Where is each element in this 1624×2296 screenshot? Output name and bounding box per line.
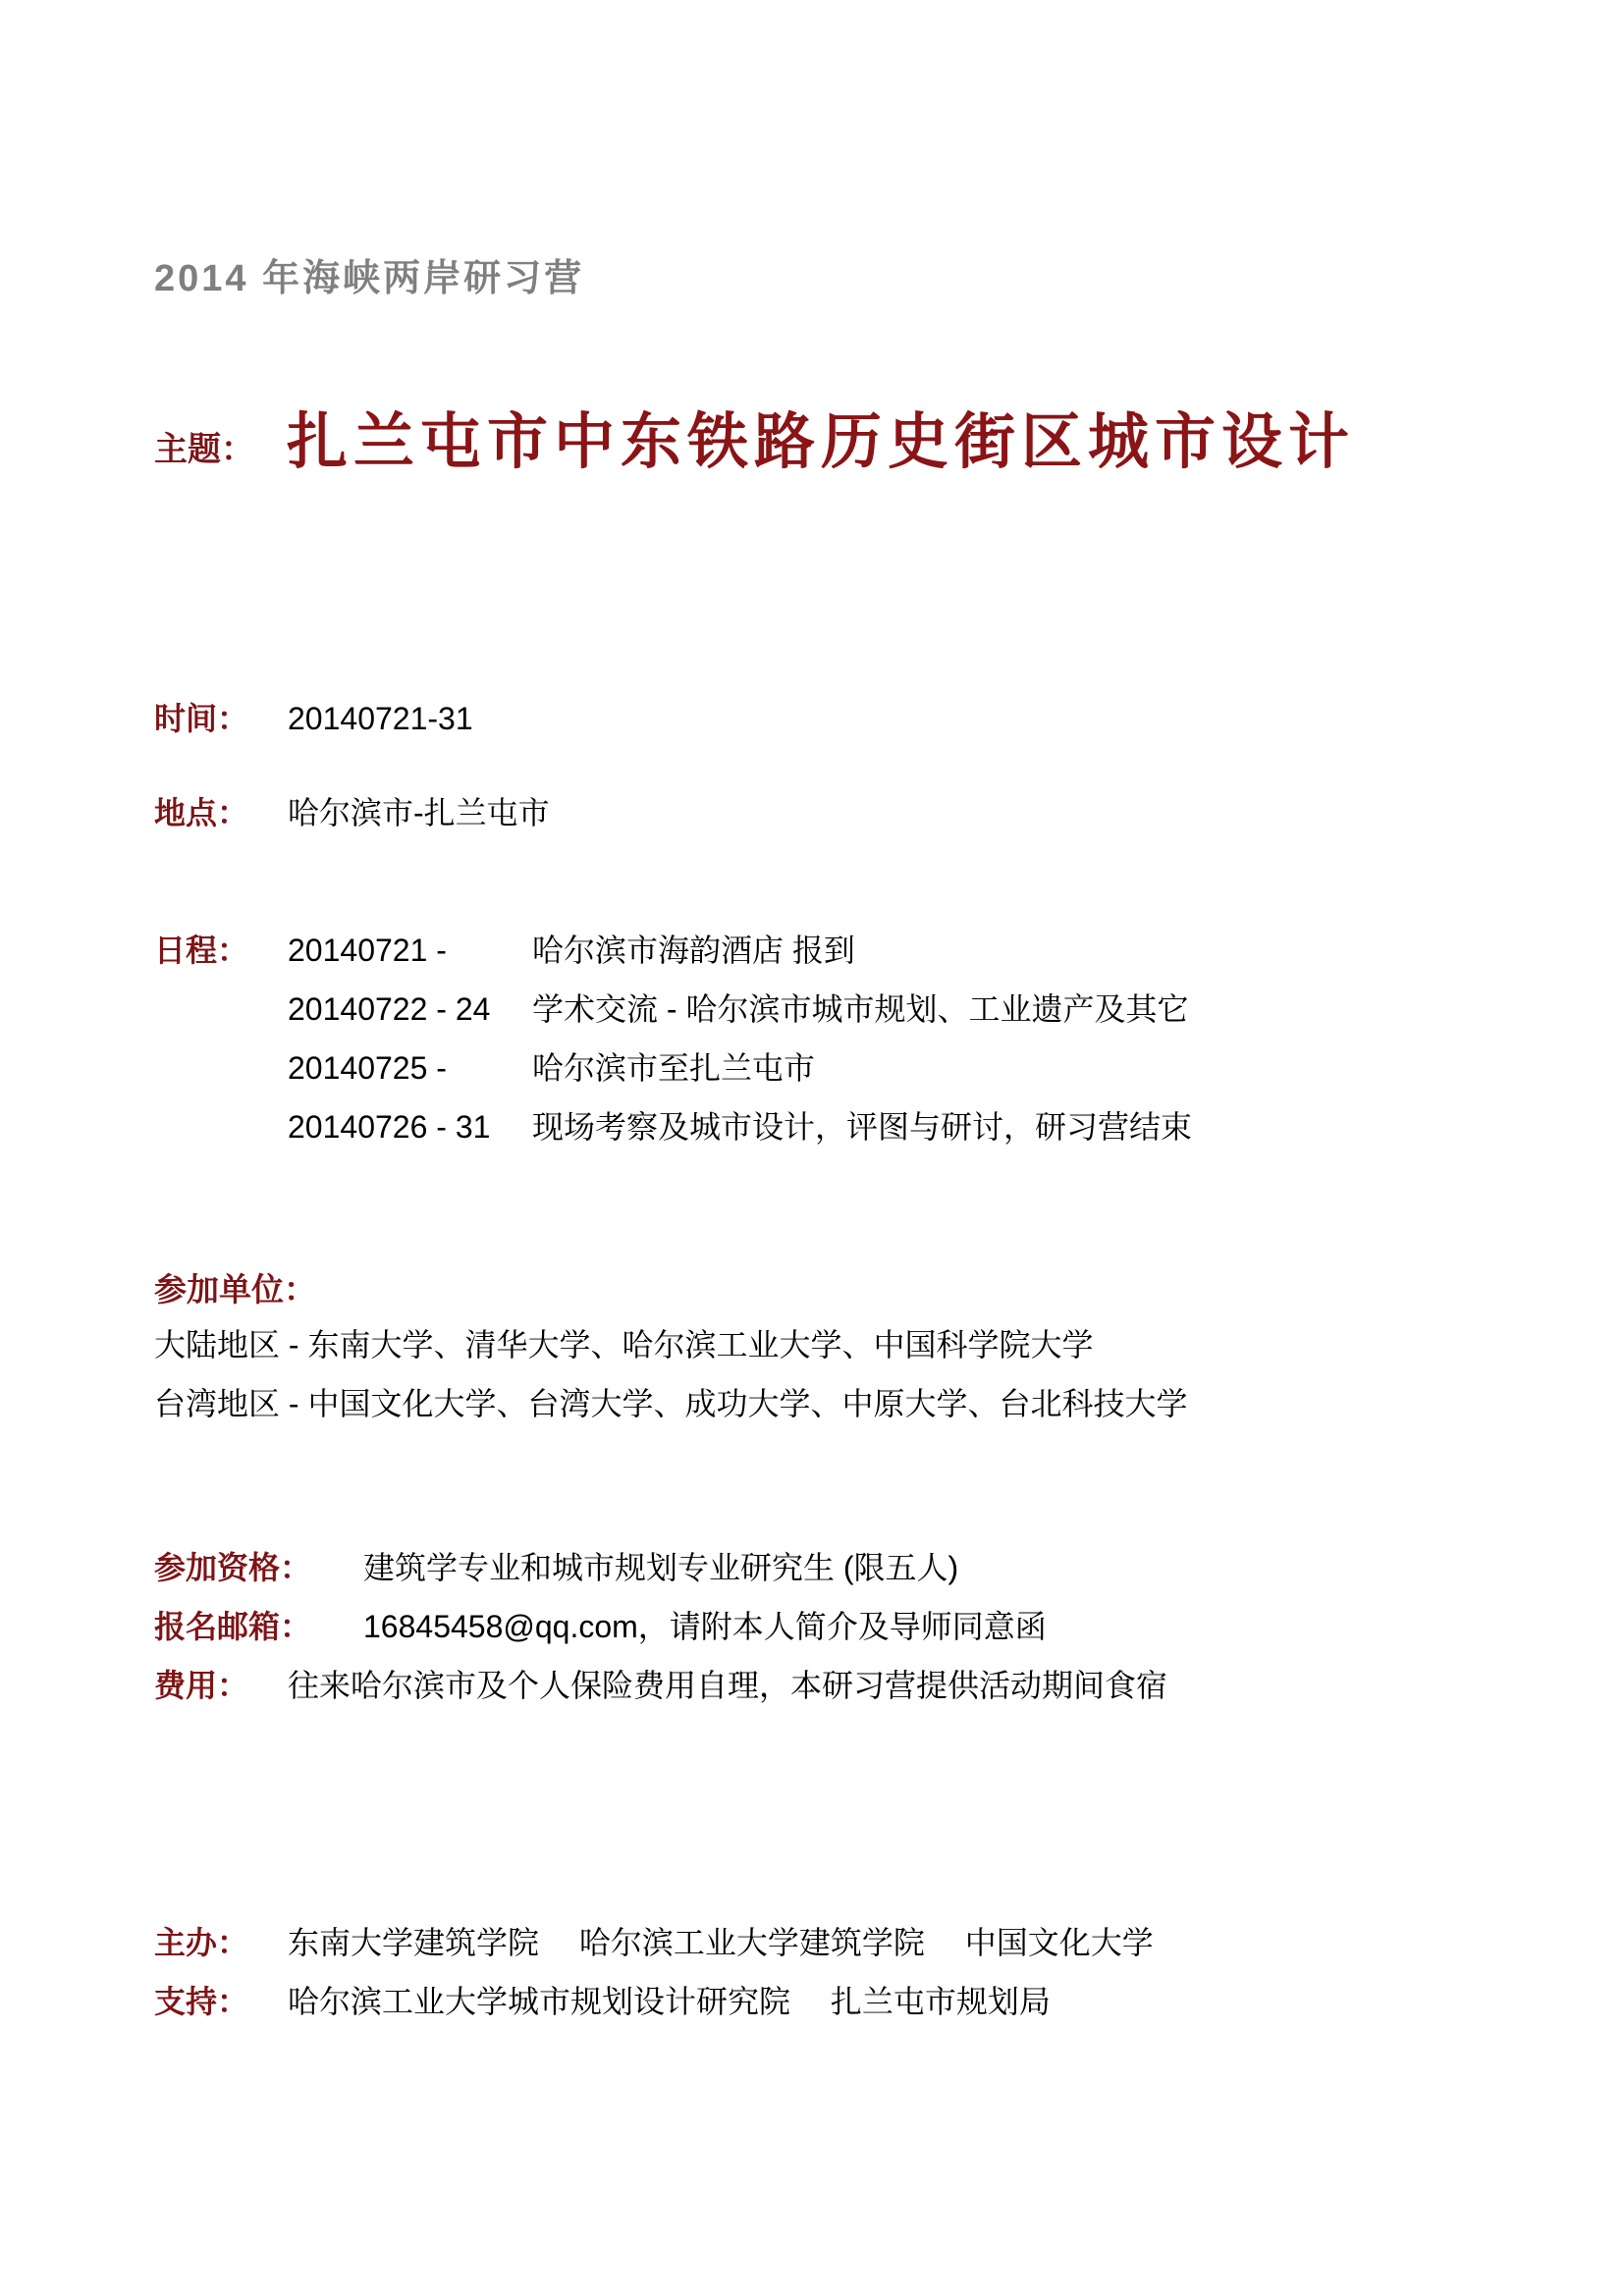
schedule-date: 20140721 - xyxy=(288,929,447,972)
eligibility-value: 建筑学专业和城市规划专业研究生 (限五人) xyxy=(363,1546,958,1589)
eligibility-row: 参加资格： 建筑学专业和城市规划专业研究生 (限五人) xyxy=(0,1546,1624,1595)
host-value: 东南大学建筑学院 哈尔滨工业大学建筑学院 中国文化大学 xyxy=(288,1921,1154,1964)
document-header: 2014 年海峡两岸研习营 xyxy=(154,247,584,301)
support-label: 支持： xyxy=(154,1980,248,2023)
schedule-date: 20140722 - 24 xyxy=(288,988,490,1031)
participants-line-taiwan: 台湾地区 - 中国文化大学、台湾大学、成功大学、中原大学、台北科技大学 xyxy=(154,1382,1187,1425)
participants-line-mainland: 大陆地区 - 东南大学、清华大学、哈尔滨工业大学、中国科学院大学 xyxy=(154,1323,1093,1366)
topic-row: 主题： 扎兰屯市中东铁路历史街区城市设计 xyxy=(0,393,1624,491)
time-label: 时间： xyxy=(154,697,248,740)
host-label: 主办： xyxy=(154,1921,248,1964)
email-label: 报名邮箱： xyxy=(154,1605,311,1648)
topic-label: 主题： xyxy=(154,422,254,470)
time-row: 时间： 20140721-31 xyxy=(0,697,1624,746)
schedule-desc: 现场考察及城市设计，评图与研讨，研习营结束 xyxy=(532,1105,1192,1148)
schedule-desc: 哈尔滨市至扎兰屯市 xyxy=(532,1046,815,1090)
support-row: 支持： 哈尔滨工业大学城市规划设计研究院 扎兰屯市规划局 xyxy=(0,1980,1624,2029)
schedule-row: 20140726 - 31 现场考察及城市设计，评图与研讨，研习营结束 xyxy=(0,1105,1624,1154)
support-value: 哈尔滨工业大学城市规划设计研究院 扎兰屯市规划局 xyxy=(288,1980,1051,2023)
eligibility-label: 参加资格： xyxy=(154,1546,311,1589)
email-value: 16845458@qq.com，请附本人简介及导师同意函 xyxy=(363,1605,1047,1648)
place-value: 哈尔滨市-扎兰屯市 xyxy=(288,791,550,834)
participants-heading: 参加单位： xyxy=(154,1264,316,1310)
fee-row: 费用： 往来哈尔滨市及个人保险费用自理，本研习营提供活动期间食宿 xyxy=(0,1664,1624,1713)
host-row: 主办： 东南大学建筑学院 哈尔滨工业大学建筑学院 中国文化大学 xyxy=(0,1921,1624,1970)
schedule-label: 日程： xyxy=(154,929,248,972)
topic-title: 扎兰屯市中东铁路历史街区城市设计 xyxy=(287,393,1355,480)
schedule-desc: 学术交流 - 哈尔滨市城市规划、工业遗产及其它 xyxy=(532,988,1188,1031)
email-row: 报名邮箱： 16845458@qq.com，请附本人简介及导师同意函 xyxy=(0,1605,1624,1654)
document-page: 2014 年海峡两岸研习营 主题： 扎兰屯市中东铁路历史街区城市设计 时间： 2… xyxy=(0,0,1624,2296)
time-value: 20140721-31 xyxy=(288,697,473,740)
schedule-row: 20140722 - 24 学术交流 - 哈尔滨市城市规划、工业遗产及其它 xyxy=(0,988,1624,1037)
place-row: 地点： 哈尔滨市-扎兰屯市 xyxy=(0,791,1624,840)
schedule-date: 20140725 - xyxy=(288,1046,447,1090)
schedule-row: 20140725 - 哈尔滨市至扎兰屯市 xyxy=(0,1046,1624,1095)
fee-value: 往来哈尔滨市及个人保险费用自理，本研习营提供活动期间食宿 xyxy=(288,1664,1167,1707)
schedule-date: 20140726 - 31 xyxy=(288,1105,490,1148)
fee-label: 费用： xyxy=(154,1664,248,1707)
schedule-row: 日程： 20140721 - 哈尔滨市海韵酒店 报到 xyxy=(0,929,1624,978)
place-label: 地点： xyxy=(154,791,248,834)
schedule-desc: 哈尔滨市海韵酒店 报到 xyxy=(532,929,855,972)
